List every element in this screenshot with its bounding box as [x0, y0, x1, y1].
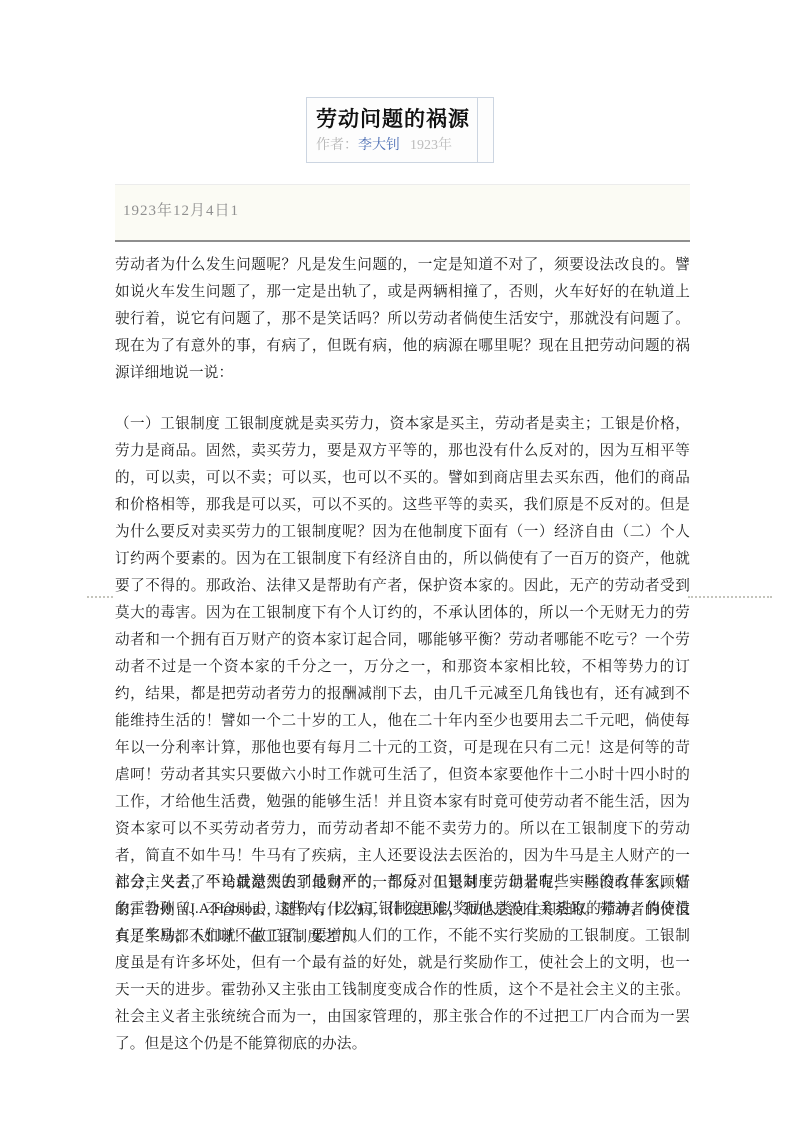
title-block-side-column — [478, 98, 493, 162]
date-section-header: 1923年12月4日1 — [115, 184, 690, 242]
title-block: 劳动问题的祸源 作者：李大钊1923年 — [306, 97, 494, 163]
author-link[interactable]: 李大钊 — [358, 138, 400, 153]
title-block-main: 劳动问题的祸源 作者：李大钊1923年 — [307, 98, 478, 162]
document-page: 劳动问题的祸源 作者：李大钊1923年 1923年12月4日1 劳动者为什么发生… — [0, 0, 800, 1132]
author-line: 作者：李大钊1923年 — [316, 136, 477, 156]
author-label: 作者： — [316, 138, 358, 153]
page-title: 劳动问题的祸源 — [316, 104, 477, 134]
page-break-dots-right — [688, 596, 772, 598]
page-break-dots-left — [87, 596, 113, 598]
year-label: 1923年 — [410, 138, 452, 153]
article-paragraph-socialists: 社会主义者，不论最激烈的到最和平的，都反对工银制度，但是有些实际的改革家，好象霍… — [115, 869, 690, 1058]
article-paragraph-intro: 劳动者为什么发生问题呢？凡是发生问题的，一定是知道不对了，须要设法改良的。譬如说… — [115, 252, 690, 387]
date-text: 1923年12月4日1 — [123, 199, 690, 220]
